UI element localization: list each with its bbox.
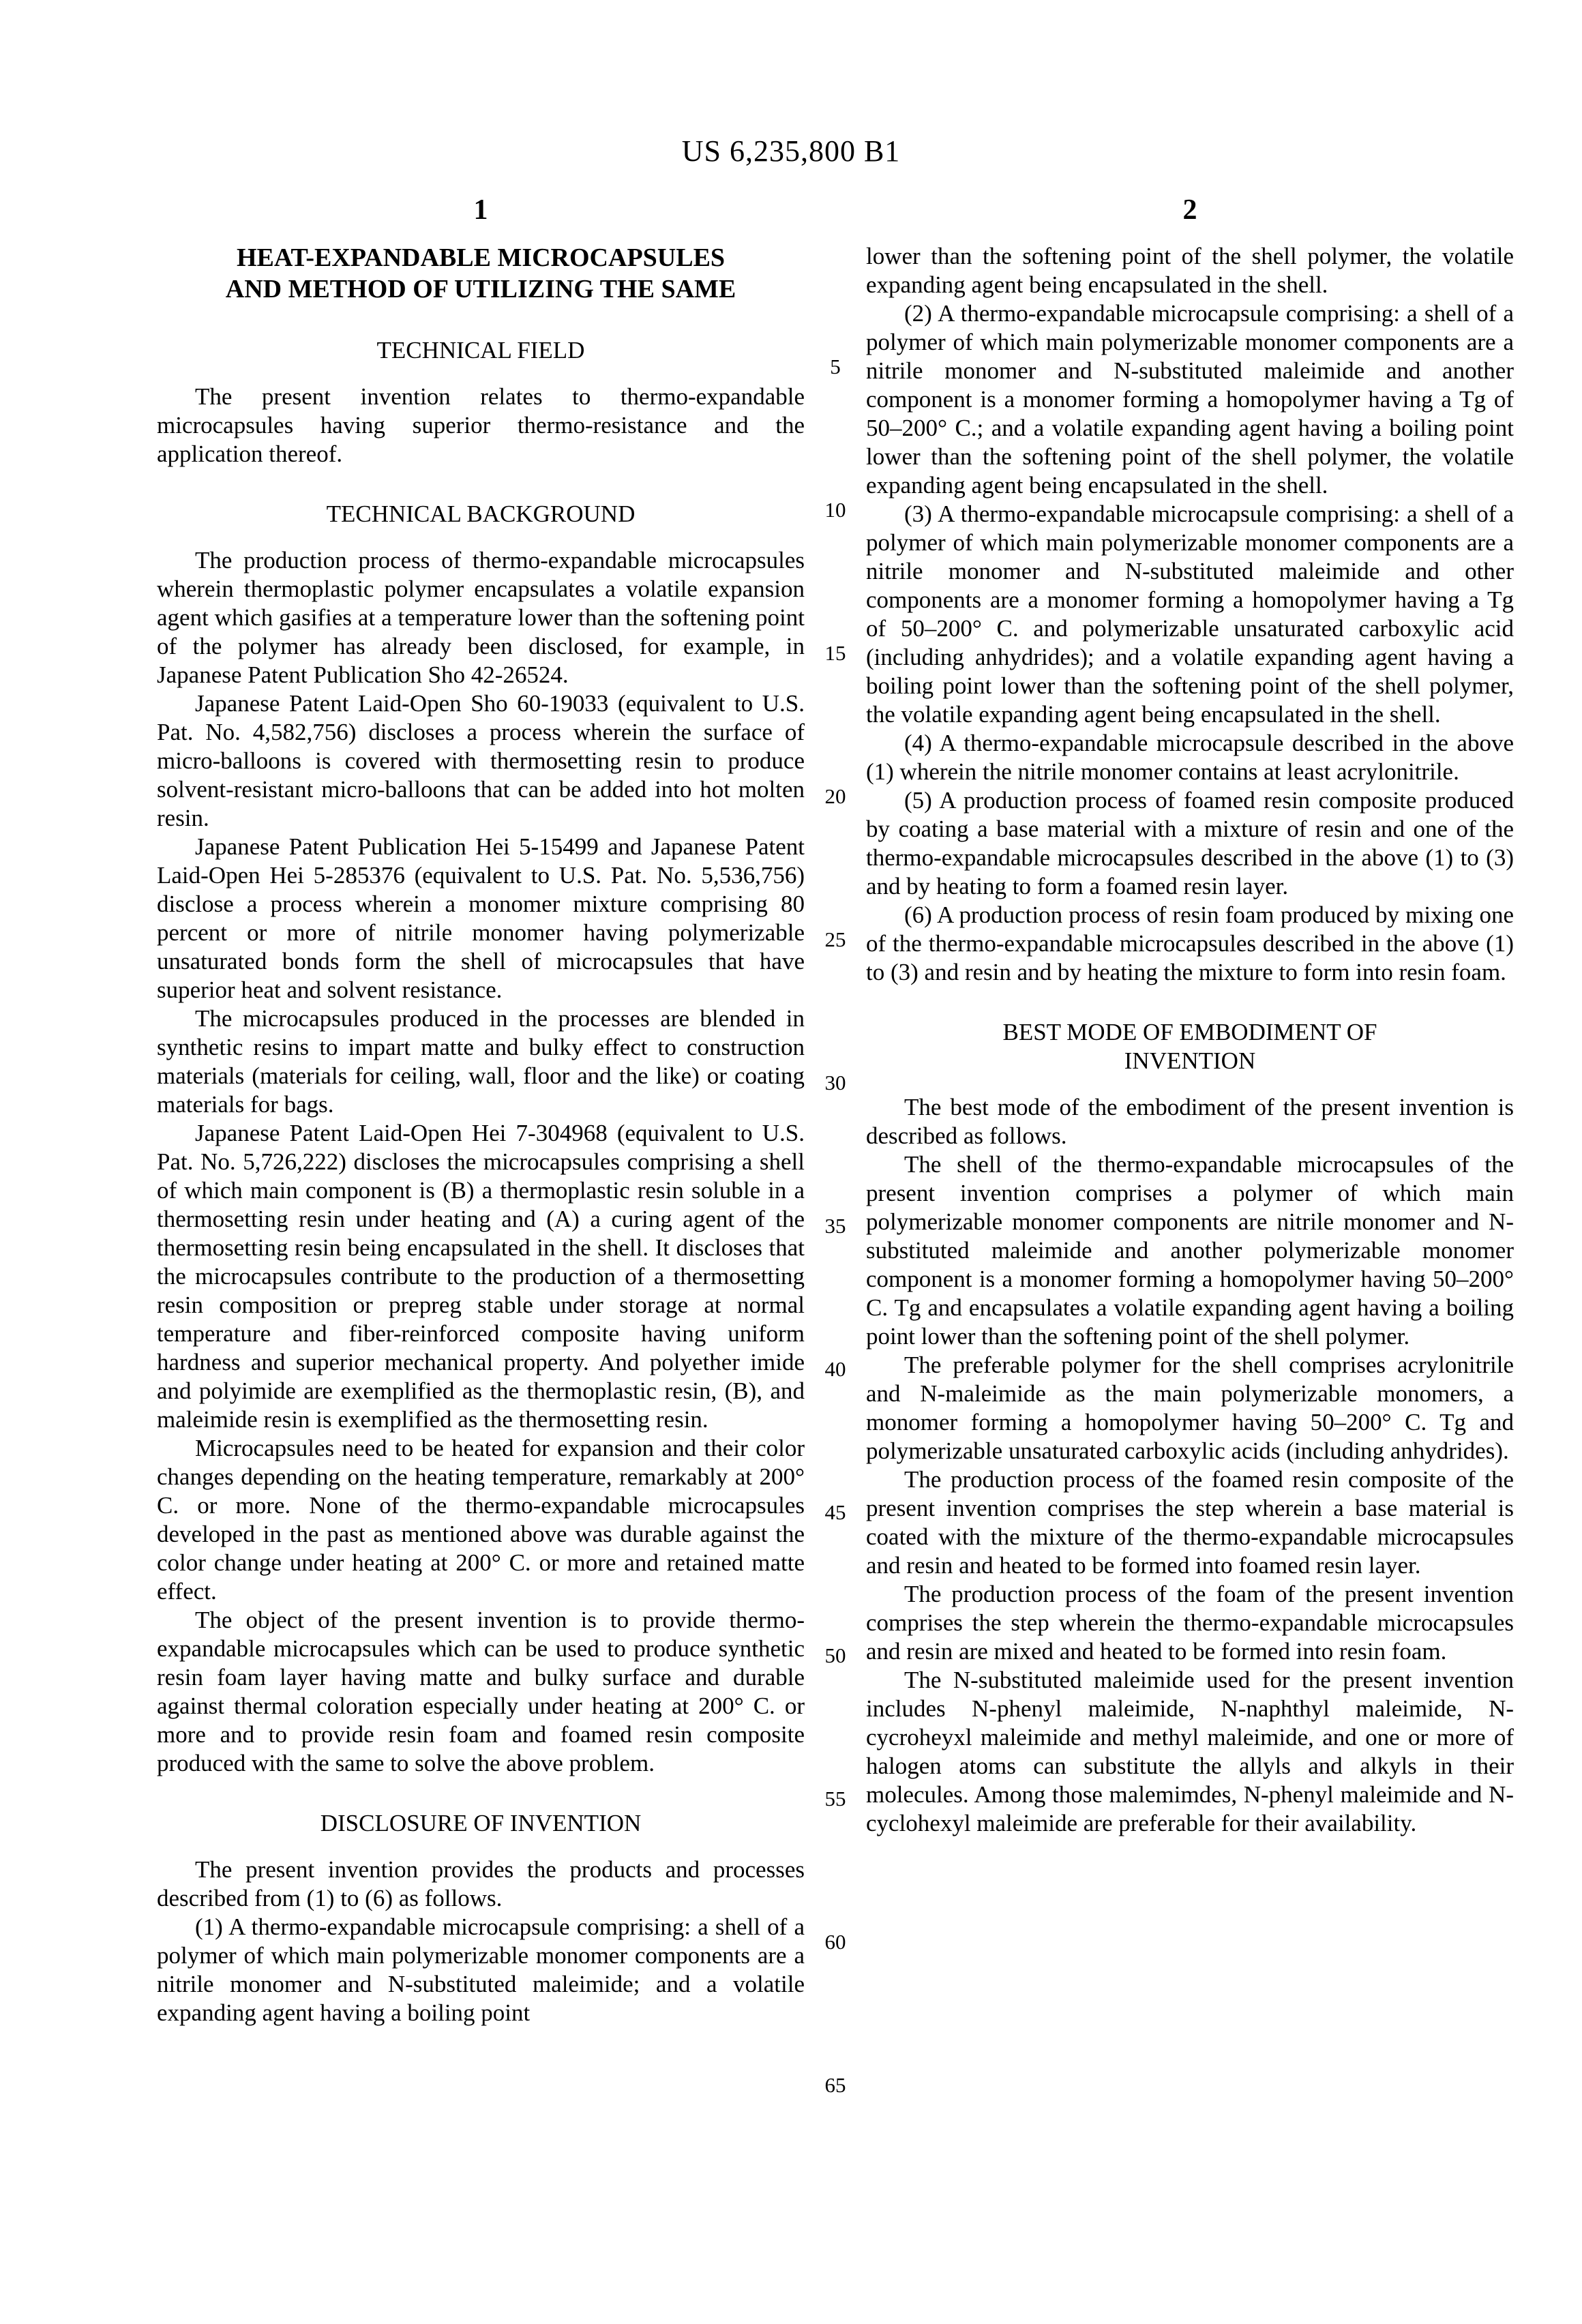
patent-number: US 6,235,800 B1	[0, 134, 1582, 168]
paragraph: (3) A thermo-expandable microcapsule com…	[866, 500, 1514, 729]
paragraph: The production process of the foamed res…	[866, 1465, 1514, 1580]
section-heading-best-mode-line-1: BEST MODE OF EMBODIMENT OF	[866, 1018, 1514, 1047]
paragraph: The preferable polymer for the shell com…	[866, 1351, 1514, 1465]
paragraph: The production process of the foam of th…	[866, 1580, 1514, 1666]
paragraph: The production process of thermo-expanda…	[157, 546, 805, 689]
line-number-5: 5	[805, 353, 866, 381]
patent-page: US 6,235,800 B1 1 2 5 10 15 20 25 30 35 …	[0, 0, 1582, 2324]
section-heading-disclosure-of-invention: DISCLOSURE OF INVENTION	[157, 1809, 805, 1838]
section-heading-technical-field: TECHNICAL FIELD	[157, 336, 805, 365]
paragraph: (4) A thermo-expandable microcapsule des…	[866, 729, 1514, 786]
paragraph: Japanese Patent Laid-Open Sho 60-19033 (…	[157, 689, 805, 833]
paragraph: The present invention relates to thermo-…	[157, 383, 805, 468]
paragraph: (6) A production process of resin foam p…	[866, 901, 1514, 987]
paragraph: Japanese Patent Laid-Open Hei 7-304968 (…	[157, 1119, 805, 1434]
paragraph: Microcapsules need to be heated for expa…	[157, 1434, 805, 1606]
invention-title-line-1: HEAT-EXPANDABLE MICROCAPSULES	[157, 242, 805, 273]
paragraph: The microcapsules produced in the proces…	[157, 1004, 805, 1119]
left-column: HEAT-EXPANDABLE MICROCAPSULES AND METHOD…	[157, 242, 805, 2027]
paragraph: The object of the present invention is t…	[157, 1606, 805, 1778]
line-number-45: 45	[805, 1498, 866, 1527]
page-column-number-left: 1	[157, 194, 805, 226]
paragraph: (2) A thermo-expandable microcapsule com…	[866, 299, 1514, 500]
section-heading-technical-background: TECHNICAL BACKGROUND	[157, 500, 805, 528]
paragraph: The best mode of the embodiment of the p…	[866, 1093, 1514, 1150]
line-number-10: 10	[805, 496, 866, 524]
page-column-number-right: 2	[866, 194, 1514, 226]
line-number-60: 60	[805, 1928, 866, 1956]
line-number-40: 40	[805, 1355, 866, 1384]
line-number-15: 15	[805, 639, 866, 668]
right-column: lower than the softening point of the sh…	[866, 242, 1514, 1838]
line-number-20: 20	[805, 782, 866, 811]
invention-title-line-2: AND METHOD OF UTILIZING THE SAME	[157, 273, 805, 305]
paragraph: The N-substituted maleimide used for the…	[866, 1666, 1514, 1838]
paragraph: lower than the softening point of the sh…	[866, 242, 1514, 299]
line-number-25: 25	[805, 925, 866, 954]
line-number-30: 30	[805, 1069, 866, 1097]
paragraph: The shell of the thermo-expandable micro…	[866, 1150, 1514, 1351]
paragraph: Japanese Patent Publication Hei 5-15499 …	[157, 833, 805, 1004]
line-number-35: 35	[805, 1212, 866, 1240]
line-number-65: 65	[805, 2071, 866, 2100]
line-number-50: 50	[805, 1641, 866, 1670]
paragraph: The present invention provides the produ…	[157, 1856, 805, 1913]
paragraph: (1) A thermo-expandable microcapsule com…	[157, 1913, 805, 2027]
paragraph: (5) A production process of foamed resin…	[866, 786, 1514, 901]
line-number-55: 55	[805, 1785, 866, 1813]
section-heading-best-mode-line-2: INVENTION	[866, 1047, 1514, 1075]
